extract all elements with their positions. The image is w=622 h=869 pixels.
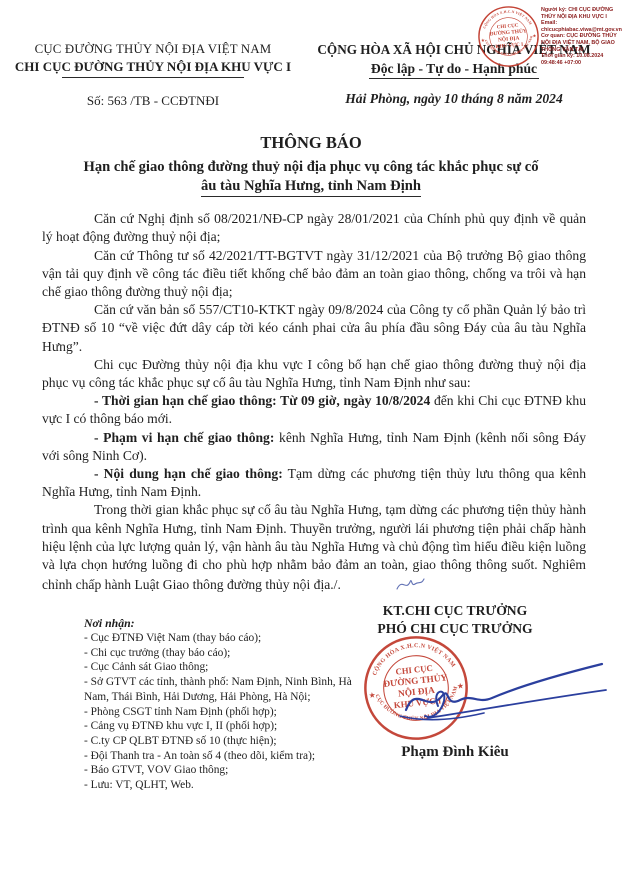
digital-signature-line: Email: [541, 20, 620, 27]
body-paragraph: - Phạm vi hạn chế giao thông: kênh Nghĩa… [42, 429, 586, 465]
recipient-item: - Cảng vụ ĐTNĐ khu vực I, II (phối hợp); [84, 719, 370, 734]
body-paragraph: Căn cứ văn bản số 557/CT10-KTKT ngày 09/… [42, 301, 586, 356]
digital-signature-line: THỦY NỘI ĐỊA KHU VỰC I [541, 14, 620, 21]
body-text: Căn cứ Nghị định số 08/2021/NĐ-CP ngày 2… [42, 210, 586, 598]
recipient-item: - Báo GTVT, VOV Giao thông; [84, 763, 370, 778]
issuing-org-block: CỤC ĐƯỜNG THỦY NỘI ĐỊA VIỆT NAM CHI CỤC … [0, 42, 296, 109]
recipient-item: - Sở GTVT các tỉnh, thành phố: Nam Định,… [84, 675, 370, 704]
org-parent-name: CỤC ĐƯỜNG THỦY NỘI ĐỊA VIỆT NAM [10, 42, 296, 57]
body-paragraph: - Thời gian hạn chế giao thông: Từ 09 gi… [42, 392, 586, 428]
digital-signature-line: Thời gian ký: 10.08.2024 [541, 53, 620, 60]
recipient-item: - Phòng CSGT tỉnh Nam Định (phối hợp); [84, 705, 370, 720]
digital-signature-line: 09:48:46 +07:00 [541, 60, 620, 67]
digital-signature-line: THÔNG VẬN TẢI [541, 47, 620, 54]
title-subject-line2: âu tàu Nghĩa Hưng, tỉnh Nam Định [201, 177, 421, 197]
digital-signature-line: NỘI ĐỊA VIỆT NAM, BỘ GIAO [541, 40, 620, 47]
handwritten-paraph [343, 574, 425, 598]
handwritten-signature [398, 648, 610, 744]
document-page: CỤC ĐƯỜNG THỦY NỘI ĐỊA VIỆT NAM CHI CỤC … [0, 0, 622, 869]
digital-signature-line: Cơ quan: CỤC ĐƯỜNG THỦY [541, 33, 620, 40]
recipients-list: - Cục ĐTNĐ Việt Nam (thay báo cáo);- Chi… [84, 631, 370, 793]
footer-block: Nơi nhận: - Cục ĐTNĐ Việt Nam (thay báo … [0, 608, 622, 848]
body-paragraph: Chi cục Đường thủy nội địa khu vực I côn… [42, 356, 586, 392]
body-paragraph: - Nội dung hạn chế giao thông: Tạm dừng … [42, 465, 586, 501]
body-paragraph: Căn cứ Nghị định số 08/2021/NĐ-CP ngày 2… [42, 210, 586, 246]
org-name-underline [62, 77, 244, 78]
doc-number: Số: 563 /TB - CCĐTNĐI [10, 93, 296, 109]
signer-name: Phạm Đình Kiêu [322, 744, 588, 761]
stamp-star-left: ★ [481, 37, 485, 42]
signing-title-1: KT.CHI CỤC TRƯỞNG [322, 602, 588, 620]
title-block: THÔNG BÁO Hạn chế giao thông đường thuỷ … [0, 133, 622, 197]
org-name: CHI CỤC ĐƯỜNG THỦY NỘI ĐỊA KHU VỰC I [10, 59, 296, 75]
recipient-item: - Chi cục trưởng (thay báo cáo); [84, 646, 370, 661]
recipient-item: - Lưu: VT, QLHT, Web. [84, 778, 370, 793]
stamp-star-right: ★ [532, 33, 536, 38]
digital-signature-box: Người ký: CHI CỤC ĐƯỜNGTHỦY NỘI ĐỊA KHU … [541, 7, 620, 66]
recipient-item: - Cục Cảnh sát Giao thông; [84, 660, 370, 675]
dateline: Hải Phòng, ngày 10 tháng 8 năm 2024 [296, 91, 612, 107]
round-stamp-small-icon: CỘNG HÒA X.H.C.N VIỆT NAM CỤC ĐƯỜNG THỦY… [474, 2, 542, 70]
digital-signature-line: Người ký: CHI CỤC ĐƯỜNG [541, 7, 620, 14]
title-subject-line1: Hạn chế giao thông đường thuỷ nội địa ph… [0, 158, 622, 176]
body-paragraph: Trong thời gian khắc phục sự cố âu tàu N… [42, 501, 586, 598]
page-title: THÔNG BÁO [0, 133, 622, 154]
body-paragraph: Căn cứ Thông tư số 42/2021/TT-BGTVT ngày… [42, 247, 586, 302]
recipients-block: Nơi nhận: - Cục ĐTNĐ Việt Nam (thay báo … [84, 616, 370, 792]
